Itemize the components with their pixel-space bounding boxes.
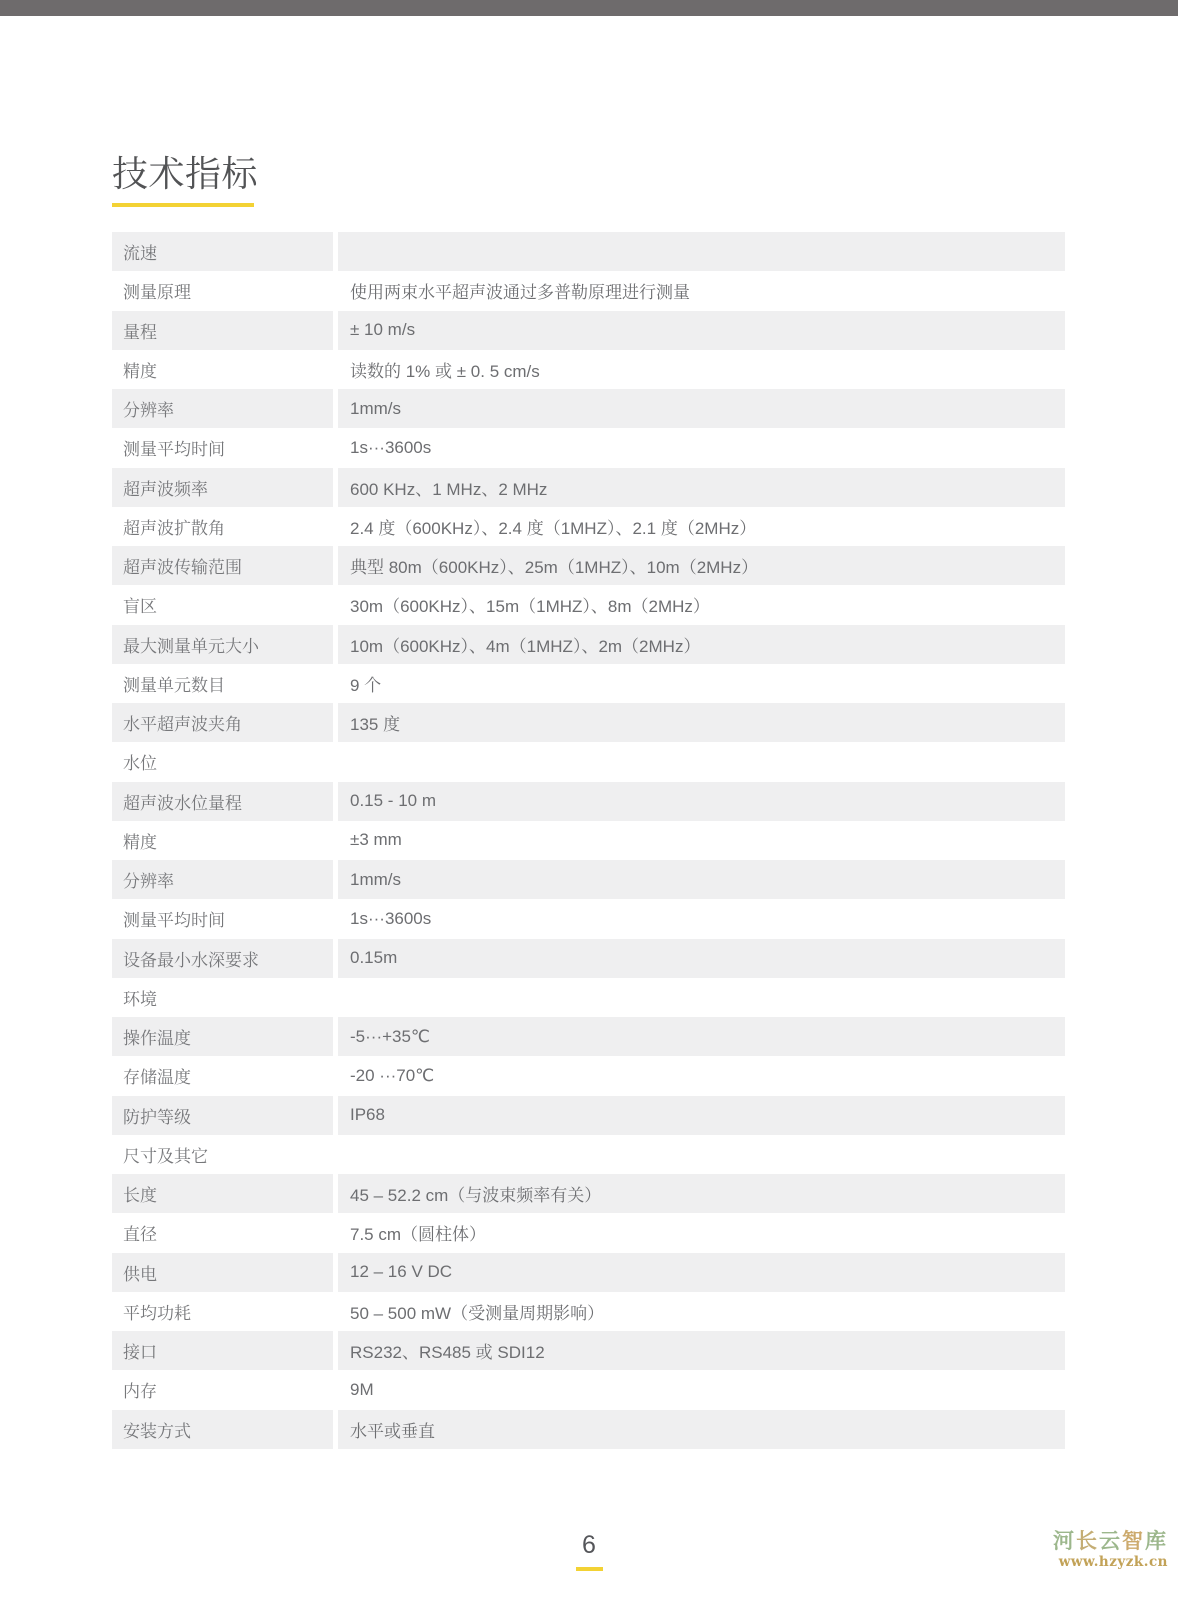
row-label: 环境	[123, 985, 157, 1010]
row-label: 量程	[123, 318, 157, 343]
row-label-cell: 平均功耗	[112, 1292, 333, 1331]
row-value-cell: 0.15m	[338, 939, 1065, 978]
row-label: 防护等级	[123, 1103, 191, 1128]
row-label-cell: 测量原理	[112, 271, 333, 310]
row-label-cell: 分辨率	[112, 860, 333, 899]
row-value-cell: 读数的 1% 或 ± 0. 5 cm/s	[338, 350, 1065, 389]
row-label-cell: 供电	[112, 1253, 333, 1292]
row-value-cell	[338, 742, 1065, 781]
table-row: 平均功耗 50 – 500 mW（受测量周期影响）	[112, 1292, 1065, 1331]
row-value-cell: 2.4 度（600KHz）、2.4 度（1MHZ）、2.1 度（2MHz）	[338, 507, 1065, 546]
page-number: 6	[0, 1530, 1178, 1560]
row-value: ±3 mm	[350, 830, 402, 850]
spec-table: 流速 测量原理 使用两束水平超声波通过多普勒原理进行测量 量程 ± 10 m/s…	[112, 232, 1065, 1449]
row-label: 长度	[123, 1181, 157, 1206]
page-number-underline	[576, 1567, 603, 1571]
row-value: 9 个	[350, 671, 381, 696]
row-label: 最大测量单元大小	[123, 632, 259, 657]
table-row: 存储温度 -20 ···70℃	[112, 1056, 1065, 1095]
row-value-cell: -20 ···70℃	[338, 1056, 1065, 1095]
table-row: 水位	[112, 742, 1065, 781]
row-label: 分辨率	[123, 396, 174, 421]
row-value-cell: 135 度	[338, 703, 1065, 742]
row-label-cell: 测量平均时间	[112, 428, 333, 467]
row-value-cell: 7.5 cm（圆柱体）	[338, 1213, 1065, 1252]
row-label-cell: 分辨率	[112, 389, 333, 428]
row-label-cell: 超声波频率	[112, 468, 333, 507]
row-label: 超声波扩散角	[123, 514, 225, 539]
row-value: 135 度	[350, 710, 400, 735]
row-label: 流速	[123, 239, 157, 264]
row-label: 存储温度	[123, 1063, 191, 1088]
row-value: 600 KHz、1 MHz、2 MHz	[350, 475, 547, 500]
watermark-url: www.hzyzk.cn	[1053, 1554, 1168, 1570]
row-value: 2.4 度（600KHz）、2.4 度（1MHZ）、2.1 度（2MHz）	[350, 514, 756, 539]
table-row: 分辨率 1mm/s	[112, 389, 1065, 428]
row-label-cell: 水平超声波夹角	[112, 703, 333, 742]
row-label: 接口	[123, 1338, 157, 1363]
page-title: 技术指标	[112, 152, 258, 196]
title-block: 技术指标	[112, 152, 258, 207]
row-value-cell: 水平或垂直	[338, 1410, 1065, 1449]
row-value: ± 10 m/s	[350, 320, 415, 340]
table-row: 接口 RS232、RS485 或 SDI12	[112, 1331, 1065, 1370]
row-value-cell: 1s···3600s	[338, 899, 1065, 938]
row-label-cell: 流速	[112, 232, 333, 271]
table-row: 精度 ±3 mm	[112, 821, 1065, 860]
row-value: 12 – 16 V DC	[350, 1262, 452, 1282]
row-value-cell: -5···+35℃	[338, 1017, 1065, 1056]
row-value-cell: 使用两束水平超声波通过多普勒原理进行测量	[338, 271, 1065, 310]
watermark-name: 河长云智库	[1053, 1528, 1168, 1554]
row-label-cell: 长度	[112, 1174, 333, 1213]
row-value-cell	[338, 1135, 1065, 1174]
row-label-cell: 内存	[112, 1370, 333, 1409]
row-value-cell: 50 – 500 mW（受测量周期影响）	[338, 1292, 1065, 1331]
row-label: 直径	[123, 1220, 157, 1245]
row-label: 测量单元数目	[123, 671, 225, 696]
row-label-cell: 尺寸及其它	[112, 1135, 333, 1174]
table-row: 内存 9M	[112, 1370, 1065, 1409]
row-value-cell: 45 – 52.2 cm（与波束频率有关）	[338, 1174, 1065, 1213]
top-bar	[0, 0, 1178, 16]
row-label-cell: 测量单元数目	[112, 664, 333, 703]
row-value: 0.15 - 10 m	[350, 791, 436, 811]
row-value-cell: 1mm/s	[338, 860, 1065, 899]
table-row: 超声波传输范围 典型 80m（600KHz）、25m（1MHZ）、10m（2MH…	[112, 546, 1065, 585]
table-row: 长度 45 – 52.2 cm（与波束频率有关）	[112, 1174, 1065, 1213]
row-value: 1s···3600s	[350, 909, 431, 929]
row-value-cell: 30m（600KHz）、15m（1MHZ）、8m（2MHz）	[338, 585, 1065, 624]
table-row: 水平超声波夹角 135 度	[112, 703, 1065, 742]
row-label: 水位	[123, 749, 157, 774]
row-label-cell: 精度	[112, 350, 333, 389]
table-row: 量程 ± 10 m/s	[112, 311, 1065, 350]
row-label: 分辨率	[123, 867, 174, 892]
row-label-cell: 防护等级	[112, 1096, 333, 1135]
table-row: 供电 12 – 16 V DC	[112, 1253, 1065, 1292]
row-label-cell: 精度	[112, 821, 333, 860]
row-label-cell: 存储温度	[112, 1056, 333, 1095]
row-label: 超声波频率	[123, 475, 208, 500]
title-underline	[112, 203, 254, 207]
row-label-cell: 安装方式	[112, 1410, 333, 1449]
row-label: 内存	[123, 1377, 157, 1402]
row-value-cell	[338, 978, 1065, 1017]
row-label: 精度	[123, 828, 157, 853]
watermark-char: 长	[1076, 1528, 1099, 1553]
row-label: 超声波水位量程	[123, 789, 242, 814]
row-value: IP68	[350, 1105, 385, 1125]
table-row: 设备最小水深要求 0.15m	[112, 939, 1065, 978]
row-value: 30m（600KHz）、15m（1MHZ）、8m（2MHz）	[350, 592, 710, 617]
row-value-cell: 9M	[338, 1370, 1065, 1409]
row-label-cell: 环境	[112, 978, 333, 1017]
row-label: 供电	[123, 1260, 157, 1285]
row-label: 测量平均时间	[123, 906, 225, 931]
table-row: 测量单元数目 9 个	[112, 664, 1065, 703]
table-row: 流速	[112, 232, 1065, 271]
row-value-cell: 9 个	[338, 664, 1065, 703]
row-value-cell: ± 10 m/s	[338, 311, 1065, 350]
row-label: 安装方式	[123, 1417, 191, 1442]
row-value-cell: 600 KHz、1 MHz、2 MHz	[338, 468, 1065, 507]
row-label-cell: 直径	[112, 1213, 333, 1252]
row-label: 超声波传输范围	[123, 553, 242, 578]
row-label: 精度	[123, 357, 157, 382]
row-value-cell: RS232、RS485 或 SDI12	[338, 1331, 1065, 1370]
row-value: 45 – 52.2 cm（与波束频率有关）	[350, 1181, 601, 1206]
table-row: 测量平均时间 1s···3600s	[112, 899, 1065, 938]
row-label: 平均功耗	[123, 1299, 191, 1324]
table-row: 安装方式 水平或垂直	[112, 1410, 1065, 1449]
row-label-cell: 盲区	[112, 585, 333, 624]
row-label-cell: 水位	[112, 742, 333, 781]
row-value-cell: 10m（600KHz）、4m（1MHZ）、2m（2MHz）	[338, 625, 1065, 664]
row-value: 1mm/s	[350, 870, 401, 890]
row-value-cell: 12 – 16 V DC	[338, 1253, 1065, 1292]
row-label: 测量平均时间	[123, 435, 225, 460]
row-value-cell: 1mm/s	[338, 389, 1065, 428]
row-label-cell: 接口	[112, 1331, 333, 1370]
table-row: 防护等级 IP68	[112, 1096, 1065, 1135]
row-value: 典型 80m（600KHz）、25m（1MHZ）、10m（2MHz）	[350, 553, 758, 578]
row-value: 9M	[350, 1380, 374, 1400]
row-label-cell: 测量平均时间	[112, 899, 333, 938]
table-row: 分辨率 1mm/s	[112, 860, 1065, 899]
row-value: 水平或垂直	[350, 1417, 435, 1442]
row-label: 操作温度	[123, 1024, 191, 1049]
table-row: 直径 7.5 cm（圆柱体）	[112, 1213, 1065, 1252]
row-label-cell: 超声波水位量程	[112, 782, 333, 821]
row-label-cell: 最大测量单元大小	[112, 625, 333, 664]
row-value-cell: 1s···3600s	[338, 428, 1065, 467]
row-value: 读数的 1% 或 ± 0. 5 cm/s	[350, 357, 540, 382]
table-row: 环境	[112, 978, 1065, 1017]
row-value-cell	[338, 232, 1065, 271]
row-value: 1s···3600s	[350, 438, 431, 458]
row-value-cell: 典型 80m（600KHz）、25m（1MHZ）、10m（2MHz）	[338, 546, 1065, 585]
row-label: 设备最小水深要求	[123, 946, 259, 971]
row-value: 7.5 cm（圆柱体）	[350, 1220, 486, 1245]
row-value-cell: 0.15 - 10 m	[338, 782, 1065, 821]
table-row: 最大测量单元大小 10m（600KHz）、4m（1MHZ）、2m（2MHz）	[112, 625, 1065, 664]
row-value-cell: IP68	[338, 1096, 1065, 1135]
table-row: 超声波扩散角 2.4 度（600KHz）、2.4 度（1MHZ）、2.1 度（2…	[112, 507, 1065, 546]
watermark: 河长云智库 www.hzyzk.cn	[1053, 1528, 1168, 1570]
row-value: 0.15m	[350, 948, 397, 968]
table-row: 测量平均时间 1s···3600s	[112, 428, 1065, 467]
row-label-cell: 超声波传输范围	[112, 546, 333, 585]
table-row: 精度 读数的 1% 或 ± 0. 5 cm/s	[112, 350, 1065, 389]
watermark-char: 智	[1122, 1528, 1145, 1553]
table-row: 操作温度 -5···+35℃	[112, 1017, 1065, 1056]
row-label: 测量原理	[123, 278, 191, 303]
table-row: 超声波水位量程 0.15 - 10 m	[112, 782, 1065, 821]
row-value: 1mm/s	[350, 399, 401, 419]
table-row: 测量原理 使用两束水平超声波通过多普勒原理进行测量	[112, 271, 1065, 310]
watermark-char: 河	[1053, 1528, 1076, 1553]
row-label: 盲区	[123, 592, 157, 617]
watermark-char: 云	[1099, 1528, 1122, 1553]
row-value: 50 – 500 mW（受测量周期影响）	[350, 1299, 604, 1324]
row-label: 尺寸及其它	[123, 1142, 208, 1167]
row-value: 10m（600KHz）、4m（1MHZ）、2m（2MHz）	[350, 632, 700, 657]
table-row: 盲区 30m（600KHz）、15m（1MHZ）、8m（2MHz）	[112, 585, 1065, 624]
row-value-cell: ±3 mm	[338, 821, 1065, 860]
row-value: -20 ···70℃	[350, 1066, 434, 1086]
row-label-cell: 操作温度	[112, 1017, 333, 1056]
watermark-char: 库	[1145, 1528, 1168, 1553]
table-row: 尺寸及其它	[112, 1135, 1065, 1174]
row-value: 使用两束水平超声波通过多普勒原理进行测量	[350, 278, 690, 303]
table-row: 超声波频率 600 KHz、1 MHz、2 MHz	[112, 468, 1065, 507]
row-label: 水平超声波夹角	[123, 710, 242, 735]
row-label-cell: 设备最小水深要求	[112, 939, 333, 978]
row-label-cell: 超声波扩散角	[112, 507, 333, 546]
row-label-cell: 量程	[112, 311, 333, 350]
row-value: -5···+35℃	[350, 1027, 430, 1047]
row-value: RS232、RS485 或 SDI12	[350, 1338, 545, 1363]
footer-page: 6	[0, 1530, 1178, 1571]
